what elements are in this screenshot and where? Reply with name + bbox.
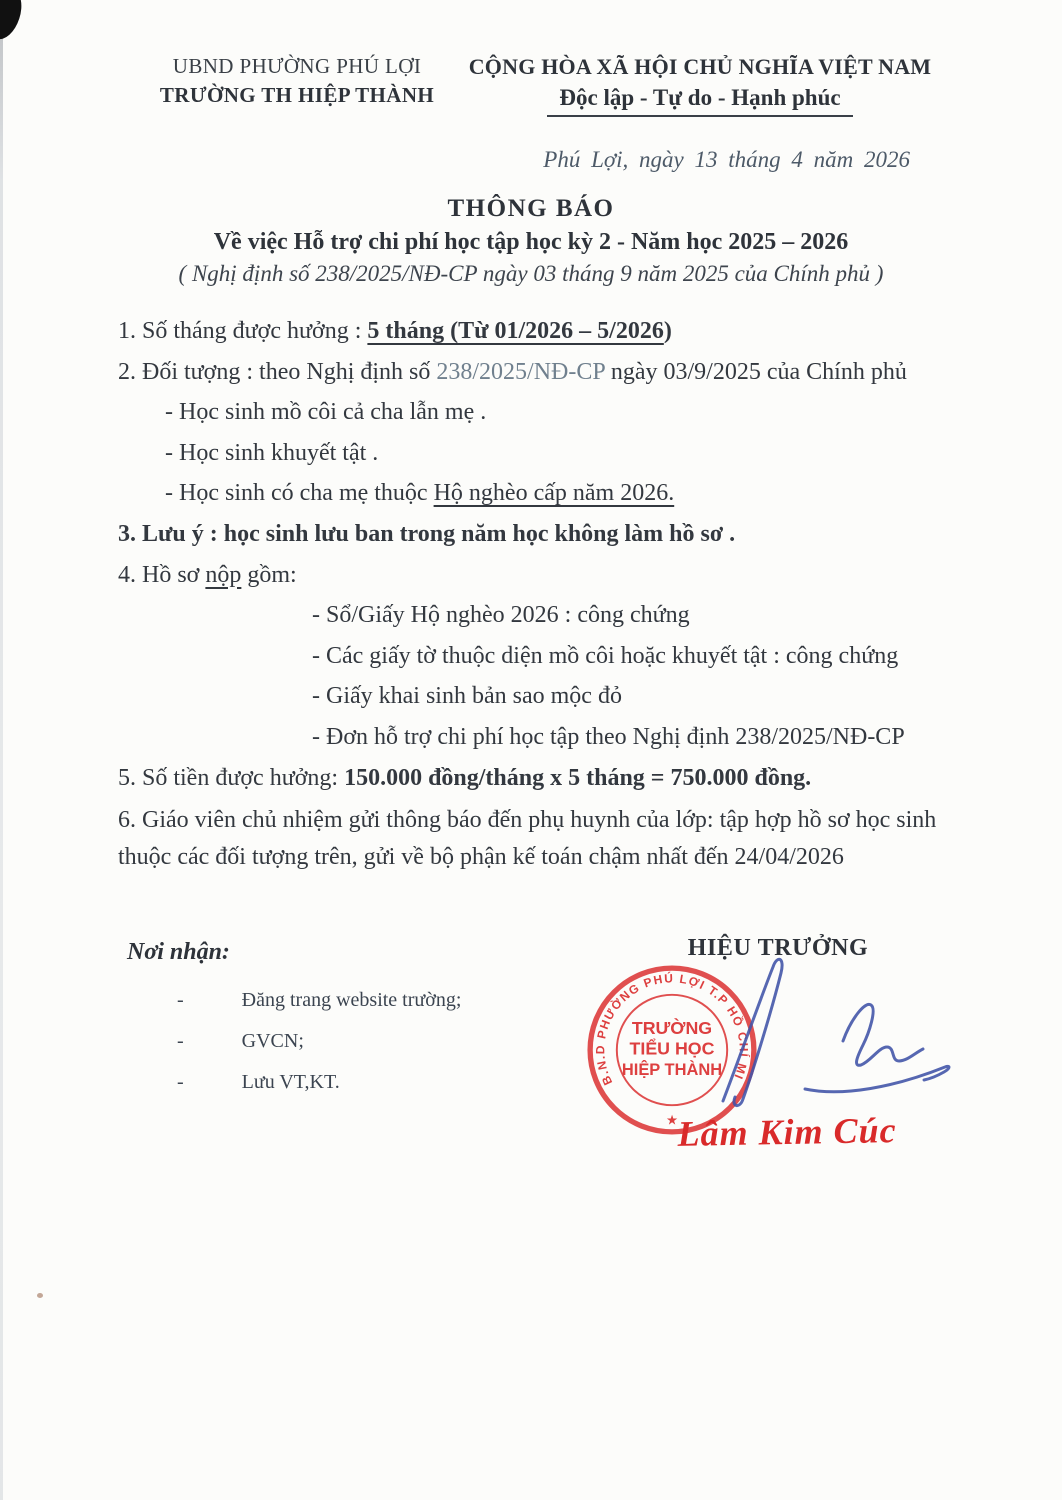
national-title: CỘNG HÒA XÃ HỘI CHỦ NGHĨA VIỆT NAM bbox=[448, 54, 952, 80]
recipients-list: - Đăng trang website trường; - GVCN; - L… bbox=[177, 989, 461, 1112]
item-4-underlined: nộp bbox=[205, 562, 241, 588]
recipient-text: Lưu VT,KT. bbox=[242, 1071, 340, 1094]
item-5-prefix: 5. Số tiền được hưởng: bbox=[118, 765, 344, 791]
item-2-prefix: 2. Đối tượng : theo Nghị định số bbox=[118, 359, 436, 385]
document-title: THÔNG BÁO bbox=[0, 195, 1062, 223]
item-2: 2. Đối tượng : theo Nghị định số 238/202… bbox=[118, 356, 974, 390]
title-block: THÔNG BÁO Về việc Hỗ trợ chi phí học tập… bbox=[0, 195, 1062, 287]
document-header: UBND PHƯỜNG PHÚ LỢI TRƯỜNG TH HIỆP THÀNH… bbox=[0, 0, 1062, 117]
item-6: 6. Giáo viên chủ nhiệm gửi thông báo đến… bbox=[118, 802, 974, 875]
signer-name: Lâm Kim Cúc bbox=[652, 1109, 923, 1156]
document-reference: ( Nghị định số 238/2025/NĐ-CP ngày 03 th… bbox=[0, 261, 1062, 287]
item-4-sub-3: - Giấy khai sinh bản sao mộc đỏ bbox=[312, 680, 974, 714]
item-2-sub-1: - Học sinh mồ côi cả cha lẫn mẹ . bbox=[165, 396, 974, 430]
recipient-row: - GVCN; bbox=[177, 1030, 461, 1053]
document-body: 1. Số tháng được hưởng : 5 tháng (Từ 01/… bbox=[118, 315, 974, 875]
item-4: 4. Hồ sơ nộp gồm: bbox=[118, 559, 974, 593]
item-2-sub-3: - Học sinh có cha mẹ thuộc Hộ nghèo cấp … bbox=[165, 477, 974, 511]
item-1-prefix: 1. Số tháng được hưởng : bbox=[118, 318, 367, 344]
item-5-amount: 150.000 đồng/tháng x 5 tháng = 750.000 đ… bbox=[344, 765, 811, 791]
item-4-sub-1: - Sổ/Giấy Hộ nghèo 2026 : công chứng bbox=[312, 599, 974, 633]
item-2-suffix: ngày 03/9/2025 của Chính phủ bbox=[605, 359, 907, 385]
recipient-text: Đăng trang website trường; bbox=[242, 989, 462, 1012]
item-5: 5. Số tiền được hưởng: 150.000 đồng/thán… bbox=[118, 762, 974, 796]
item-2-sub-3-underlined: Hộ nghèo cấp năm 2026. bbox=[434, 480, 675, 506]
document-footer: Nơi nhận: - Đăng trang website trường; -… bbox=[0, 935, 1062, 1265]
item-4-sub-4: - Đơn hỗ trợ chi phí học tập theo Nghị đ… bbox=[312, 721, 974, 755]
recipient-dash: - bbox=[177, 989, 184, 1012]
recipient-dash: - bbox=[177, 1071, 184, 1094]
recipients-label: Nơi nhận: bbox=[127, 939, 230, 966]
issuing-agency-school: TRƯỜNG TH HIỆP THÀNH bbox=[146, 83, 448, 108]
document-subject: Về việc Hỗ trợ chi phí học tập học kỳ 2 … bbox=[0, 229, 1062, 256]
item-1: 1. Số tháng được hưởng : 5 tháng (Từ 01/… bbox=[118, 315, 974, 349]
signature-ink bbox=[693, 949, 971, 1119]
recipient-row: - Đăng trang website trường; bbox=[177, 989, 461, 1012]
item-4-sub-2: - Các giấy tờ thuộc diện mồ côi hoặc khu… bbox=[312, 640, 974, 674]
item-4-prefix: 4. Hồ sơ bbox=[118, 562, 205, 588]
scan-edge-artifact bbox=[0, 0, 3, 1500]
signature-stroke-loop bbox=[843, 1005, 923, 1066]
item-1-close: ) bbox=[664, 318, 672, 344]
recipient-row: - Lưu VT,KT. bbox=[177, 1071, 461, 1094]
item-3: 3. Lưu ý : học sinh lưu ban trong năm họ… bbox=[118, 518, 974, 552]
item-2-sub-2: - Học sinh khuyết tật . bbox=[165, 437, 974, 471]
signature-stroke-flourish bbox=[805, 1066, 949, 1091]
national-motto-block: CỘNG HÒA XÃ HỘI CHỦ NGHĨA VIỆT NAM Độc l… bbox=[448, 54, 952, 117]
signature-stroke-main bbox=[723, 959, 782, 1105]
item-4-suffix: gồm: bbox=[241, 562, 296, 588]
scan-speck-artifact bbox=[37, 1293, 43, 1298]
issuing-agency-block: UBND PHƯỜNG PHÚ LỢI TRƯỜNG TH HIỆP THÀNH bbox=[146, 54, 448, 117]
national-motto-wrap: Độc lập - Tự do - Hạnh phúc bbox=[448, 85, 952, 117]
item-1-value: 5 tháng (Từ 01/2026 – 5/2026 bbox=[367, 318, 663, 344]
item-2-decree-number: 238/2025/NĐ-CP bbox=[436, 359, 604, 385]
issuing-agency-parent: UBND PHƯỜNG PHÚ LỢI bbox=[146, 54, 448, 79]
recipient-text: GVCN; bbox=[242, 1030, 304, 1053]
item-2-sub-3-prefix: - Học sinh có cha mẹ thuộc bbox=[165, 480, 434, 506]
national-motto: Độc lập - Tự do - Hạnh phúc bbox=[547, 85, 852, 117]
date-line: Phú Lợi, ngày 13 tháng 4 năm 2026 bbox=[0, 147, 910, 173]
document-page: UBND PHƯỜNG PHÚ LỢI TRƯỜNG TH HIỆP THÀNH… bbox=[0, 0, 1062, 1500]
recipient-dash: - bbox=[177, 1030, 184, 1053]
